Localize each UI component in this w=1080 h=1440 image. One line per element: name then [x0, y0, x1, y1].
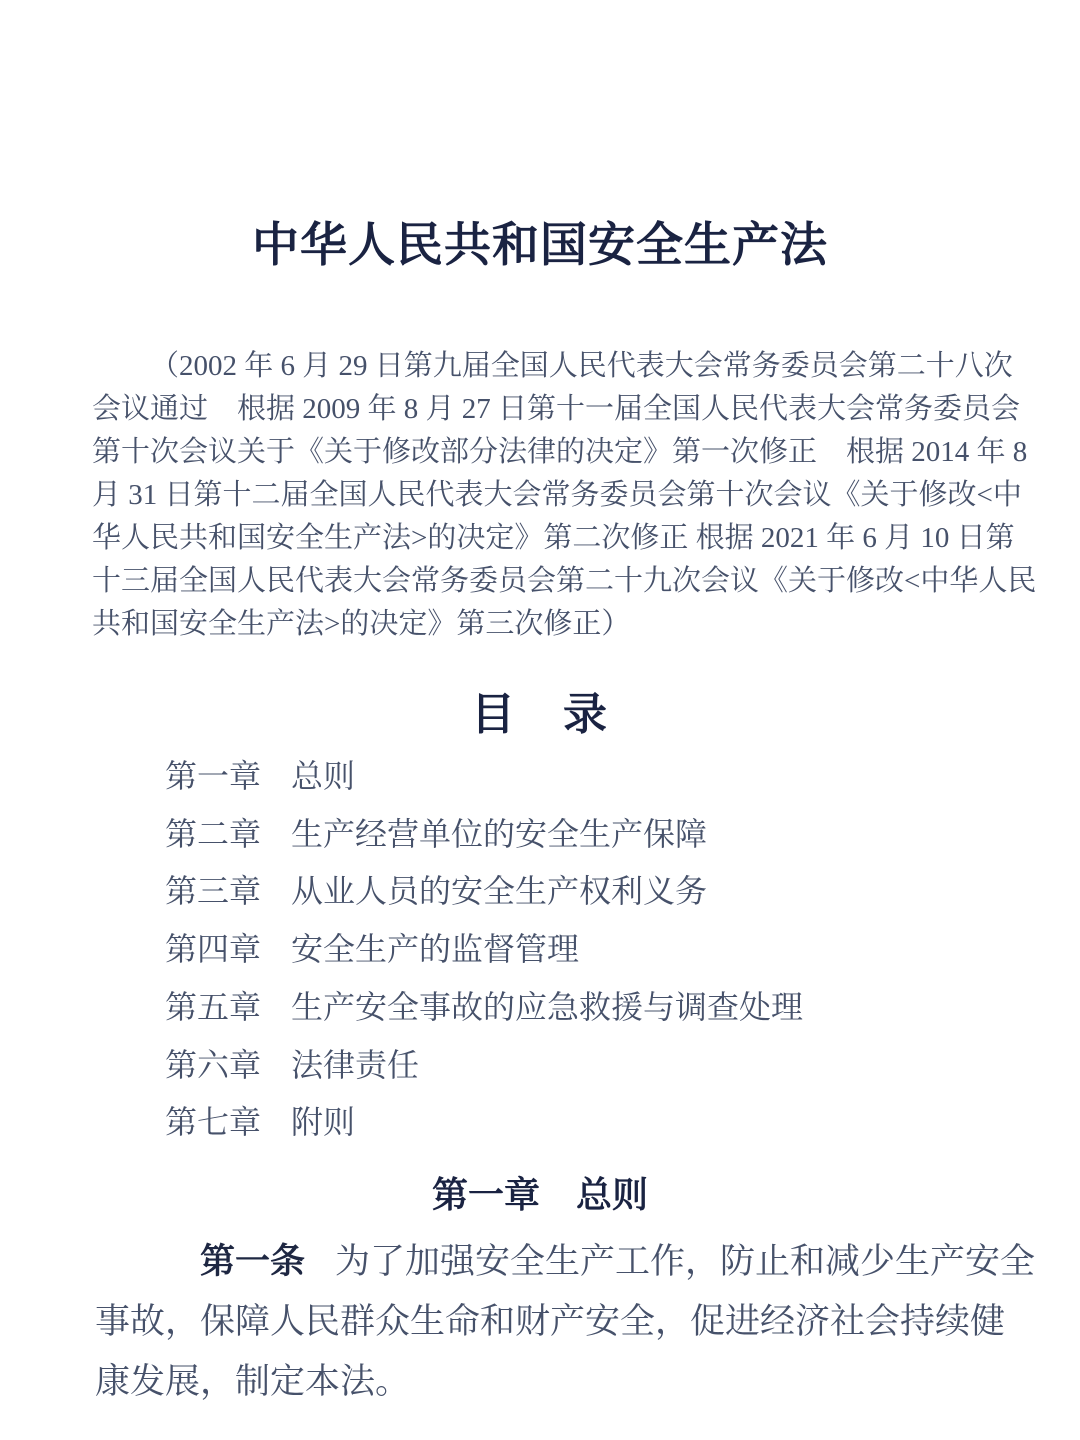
toc-chapter-label: 第五章: [165, 989, 261, 1025]
article-1-paragraph: 第一条为了加强安全生产工作，防止和减少生产安全 事故，保障人民群众生命和财产安全…: [95, 1232, 985, 1412]
preamble-line: 共和国安全生产法>的决定》第三次修正）: [92, 603, 985, 646]
toc-chapter-label: 第三章: [165, 873, 261, 909]
article-line: 事故，保障人民群众生命和财产安全，促进经济社会持续健: [95, 1292, 985, 1352]
toc-heading: 目 录: [0, 691, 1080, 739]
toc-chapter-label: 第七章: [165, 1104, 261, 1140]
toc-item: 第四章安全生产的监督管理: [165, 921, 803, 979]
toc-chapter-title: 附则: [291, 1104, 355, 1140]
toc-chapter-title: 法律责任: [291, 1047, 419, 1083]
toc-chapter-label: 第六章: [165, 1047, 261, 1083]
preamble-paragraph: （2002 年 6 月 29 日第九届全国人民代表大会常务委员会第二十八次 会议…: [92, 345, 985, 646]
article-line: 第一条为了加强安全生产工作，防止和减少生产安全: [95, 1232, 985, 1292]
toc-item: 第一章总则: [165, 748, 803, 806]
toc-item: 第二章生产经营单位的安全生产保障: [165, 806, 803, 864]
preamble-line: 月 31 日第十二届全国人民代表大会常务委员会第十次会议《关于修改<中: [92, 474, 985, 517]
preamble-line: 第十次会议关于《关于修改部分法律的决定》第一次修正 根据 2014 年 8: [92, 431, 985, 474]
toc-item: 第七章附则: [165, 1094, 803, 1152]
toc-chapter-label: 第二章: [165, 816, 261, 852]
article-text: 为了加强安全生产工作，防止和减少生产安全: [335, 1242, 1035, 1281]
toc-chapter-title: 生产经营单位的安全生产保障: [291, 816, 707, 852]
article-number: 第一条: [200, 1242, 305, 1282]
preamble-line: 十三届全国人民代表大会常务委员会第二十九次会议《关于修改<中华人民: [92, 560, 985, 603]
toc-list: 第一章总则 第二章生产经营单位的安全生产保障 第三章从业人员的安全生产权利义务 …: [165, 748, 803, 1152]
article-line: 康发展，制定本法。: [95, 1352, 985, 1412]
document-title: 中华人民共和国安全生产法: [0, 218, 1080, 274]
toc-item: 第六章法律责任: [165, 1037, 803, 1095]
toc-chapter-title: 总则: [291, 758, 355, 794]
preamble-line: 会议通过 根据 2009 年 8 月 27 日第十一届全国人民代表大会常务委员会: [92, 388, 985, 431]
toc-item: 第三章从业人员的安全生产权利义务: [165, 863, 803, 921]
chapter-1-heading: 第一章 总则: [0, 1174, 1080, 1218]
toc-chapter-label: 第四章: [165, 931, 261, 967]
preamble-line: 华人民共和国安全生产法>的决定》第二次修正 根据 2021 年 6 月 10 日…: [92, 517, 985, 560]
toc-chapter-title: 生产安全事故的应急救援与调查处理: [291, 989, 803, 1025]
toc-chapter-label: 第一章: [165, 758, 261, 794]
preamble-line: （2002 年 6 月 29 日第九届全国人民代表大会常务委员会第二十八次: [92, 345, 985, 388]
document-page: 中华人民共和国安全生产法 （2002 年 6 月 29 日第九届全国人民代表大会…: [0, 0, 1080, 1440]
toc-chapter-title: 安全生产的监督管理: [291, 931, 579, 967]
toc-chapter-title: 从业人员的安全生产权利义务: [291, 873, 707, 909]
toc-item: 第五章生产安全事故的应急救援与调查处理: [165, 979, 803, 1037]
